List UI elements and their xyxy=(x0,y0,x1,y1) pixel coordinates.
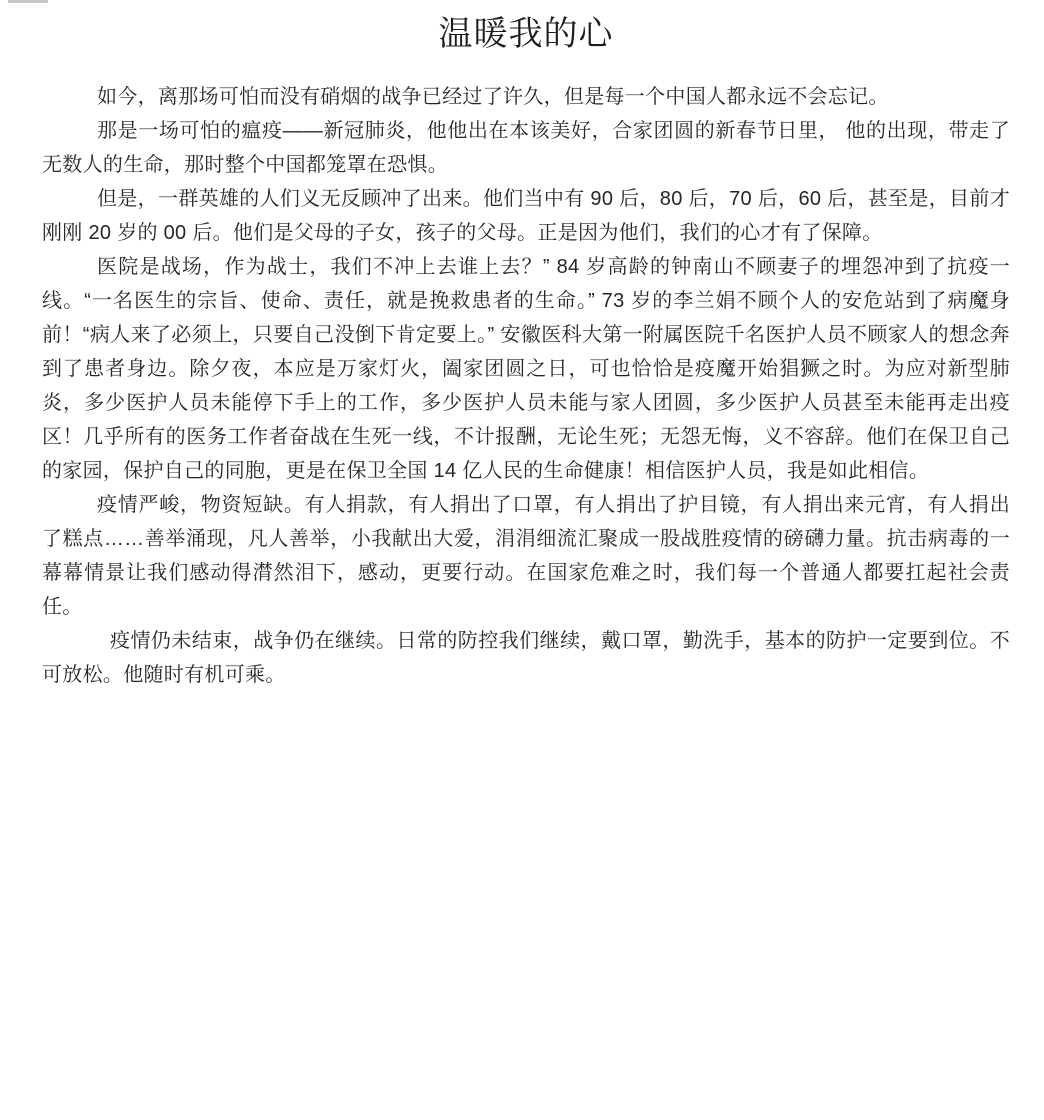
essay-title: 温暖我的心 xyxy=(42,12,1010,58)
scan-artifact-line xyxy=(8,0,48,3)
essay-paragraph-1: 如今，离那场可怕而没有硝烟的战争已经过了许久，但是每一个中国人都永远不会忘记。 xyxy=(42,80,1010,114)
essay-paragraph-5: 疫情严峻，物资短缺。有人捐款，有人捐出了口罩，有人捐出了护目镜，有人捐出来元宵，… xyxy=(42,488,1010,624)
essay-paragraph-3: 但是，一群英雄的人们义无反顾冲了出来。他们当中有 90 后，80 后，70 后，… xyxy=(42,182,1010,250)
essay-paragraph-4: 医院是战场，作为战士，我们不冲上去谁上去？” 84 岁高龄的钟南山不顾妻子的埋怨… xyxy=(42,250,1010,488)
essay-paragraph-6: 疫情仍未结束，战争仍在继续。日常的防控我们继续，戴口罩，勤洗手，基本的防护一定要… xyxy=(42,624,1010,692)
essay-body: 如今，离那场可怕而没有硝烟的战争已经过了许久，但是每一个中国人都永远不会忘记。 … xyxy=(42,80,1010,692)
document-page: { "document": { "title": "温暖我的心", "parag… xyxy=(0,0,1044,1120)
essay-document: 温暖我的心 如今，离那场可怕而没有硝烟的战争已经过了许久，但是每一个中国人都永远… xyxy=(0,0,1044,692)
essay-paragraph-2: 那是一场可怕的瘟疫——新冠肺炎，他他出在本该美好，合家团圆的新春节日里， 他的出… xyxy=(42,114,1010,182)
